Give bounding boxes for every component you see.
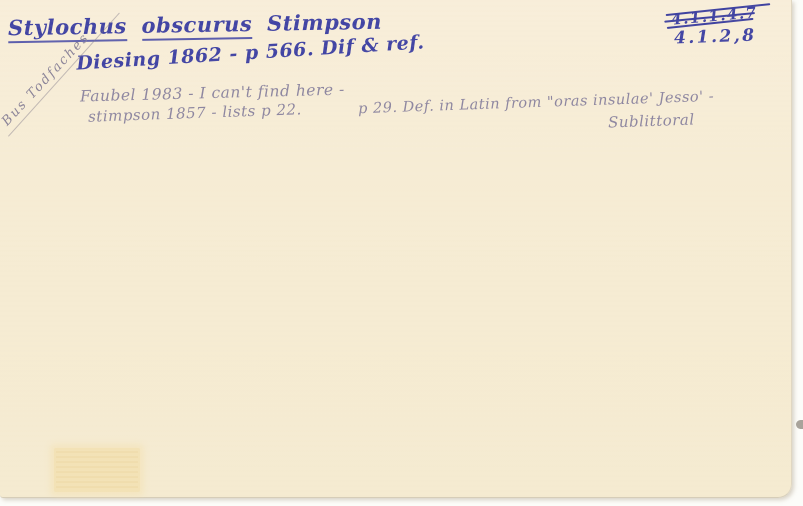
habitat-note: Sublittoral [608, 110, 695, 131]
species-name: obscurus [141, 11, 252, 41]
tape-residue-mark [54, 448, 140, 492]
scan-edge-artifact [796, 420, 803, 429]
note-faubel-reference: Faubel 1983 - I can't find here - [80, 81, 345, 106]
index-card: Stylochus obscurus Stimpson 4.1.1.4.7 4.… [0, 0, 792, 498]
species-title: Stylochus obscurus Stimpson [8, 9, 382, 41]
diagonal-pencil-note: Bus Todfaches [0, 30, 93, 129]
genus-name: Stylochus [8, 13, 127, 43]
author-name: Stimpson [267, 9, 382, 36]
new-catalog-number: 4.1.2,8 [674, 26, 757, 49]
scan-background: Stylochus obscurus Stimpson 4.1.1.4.7 4.… [0, 0, 803, 506]
